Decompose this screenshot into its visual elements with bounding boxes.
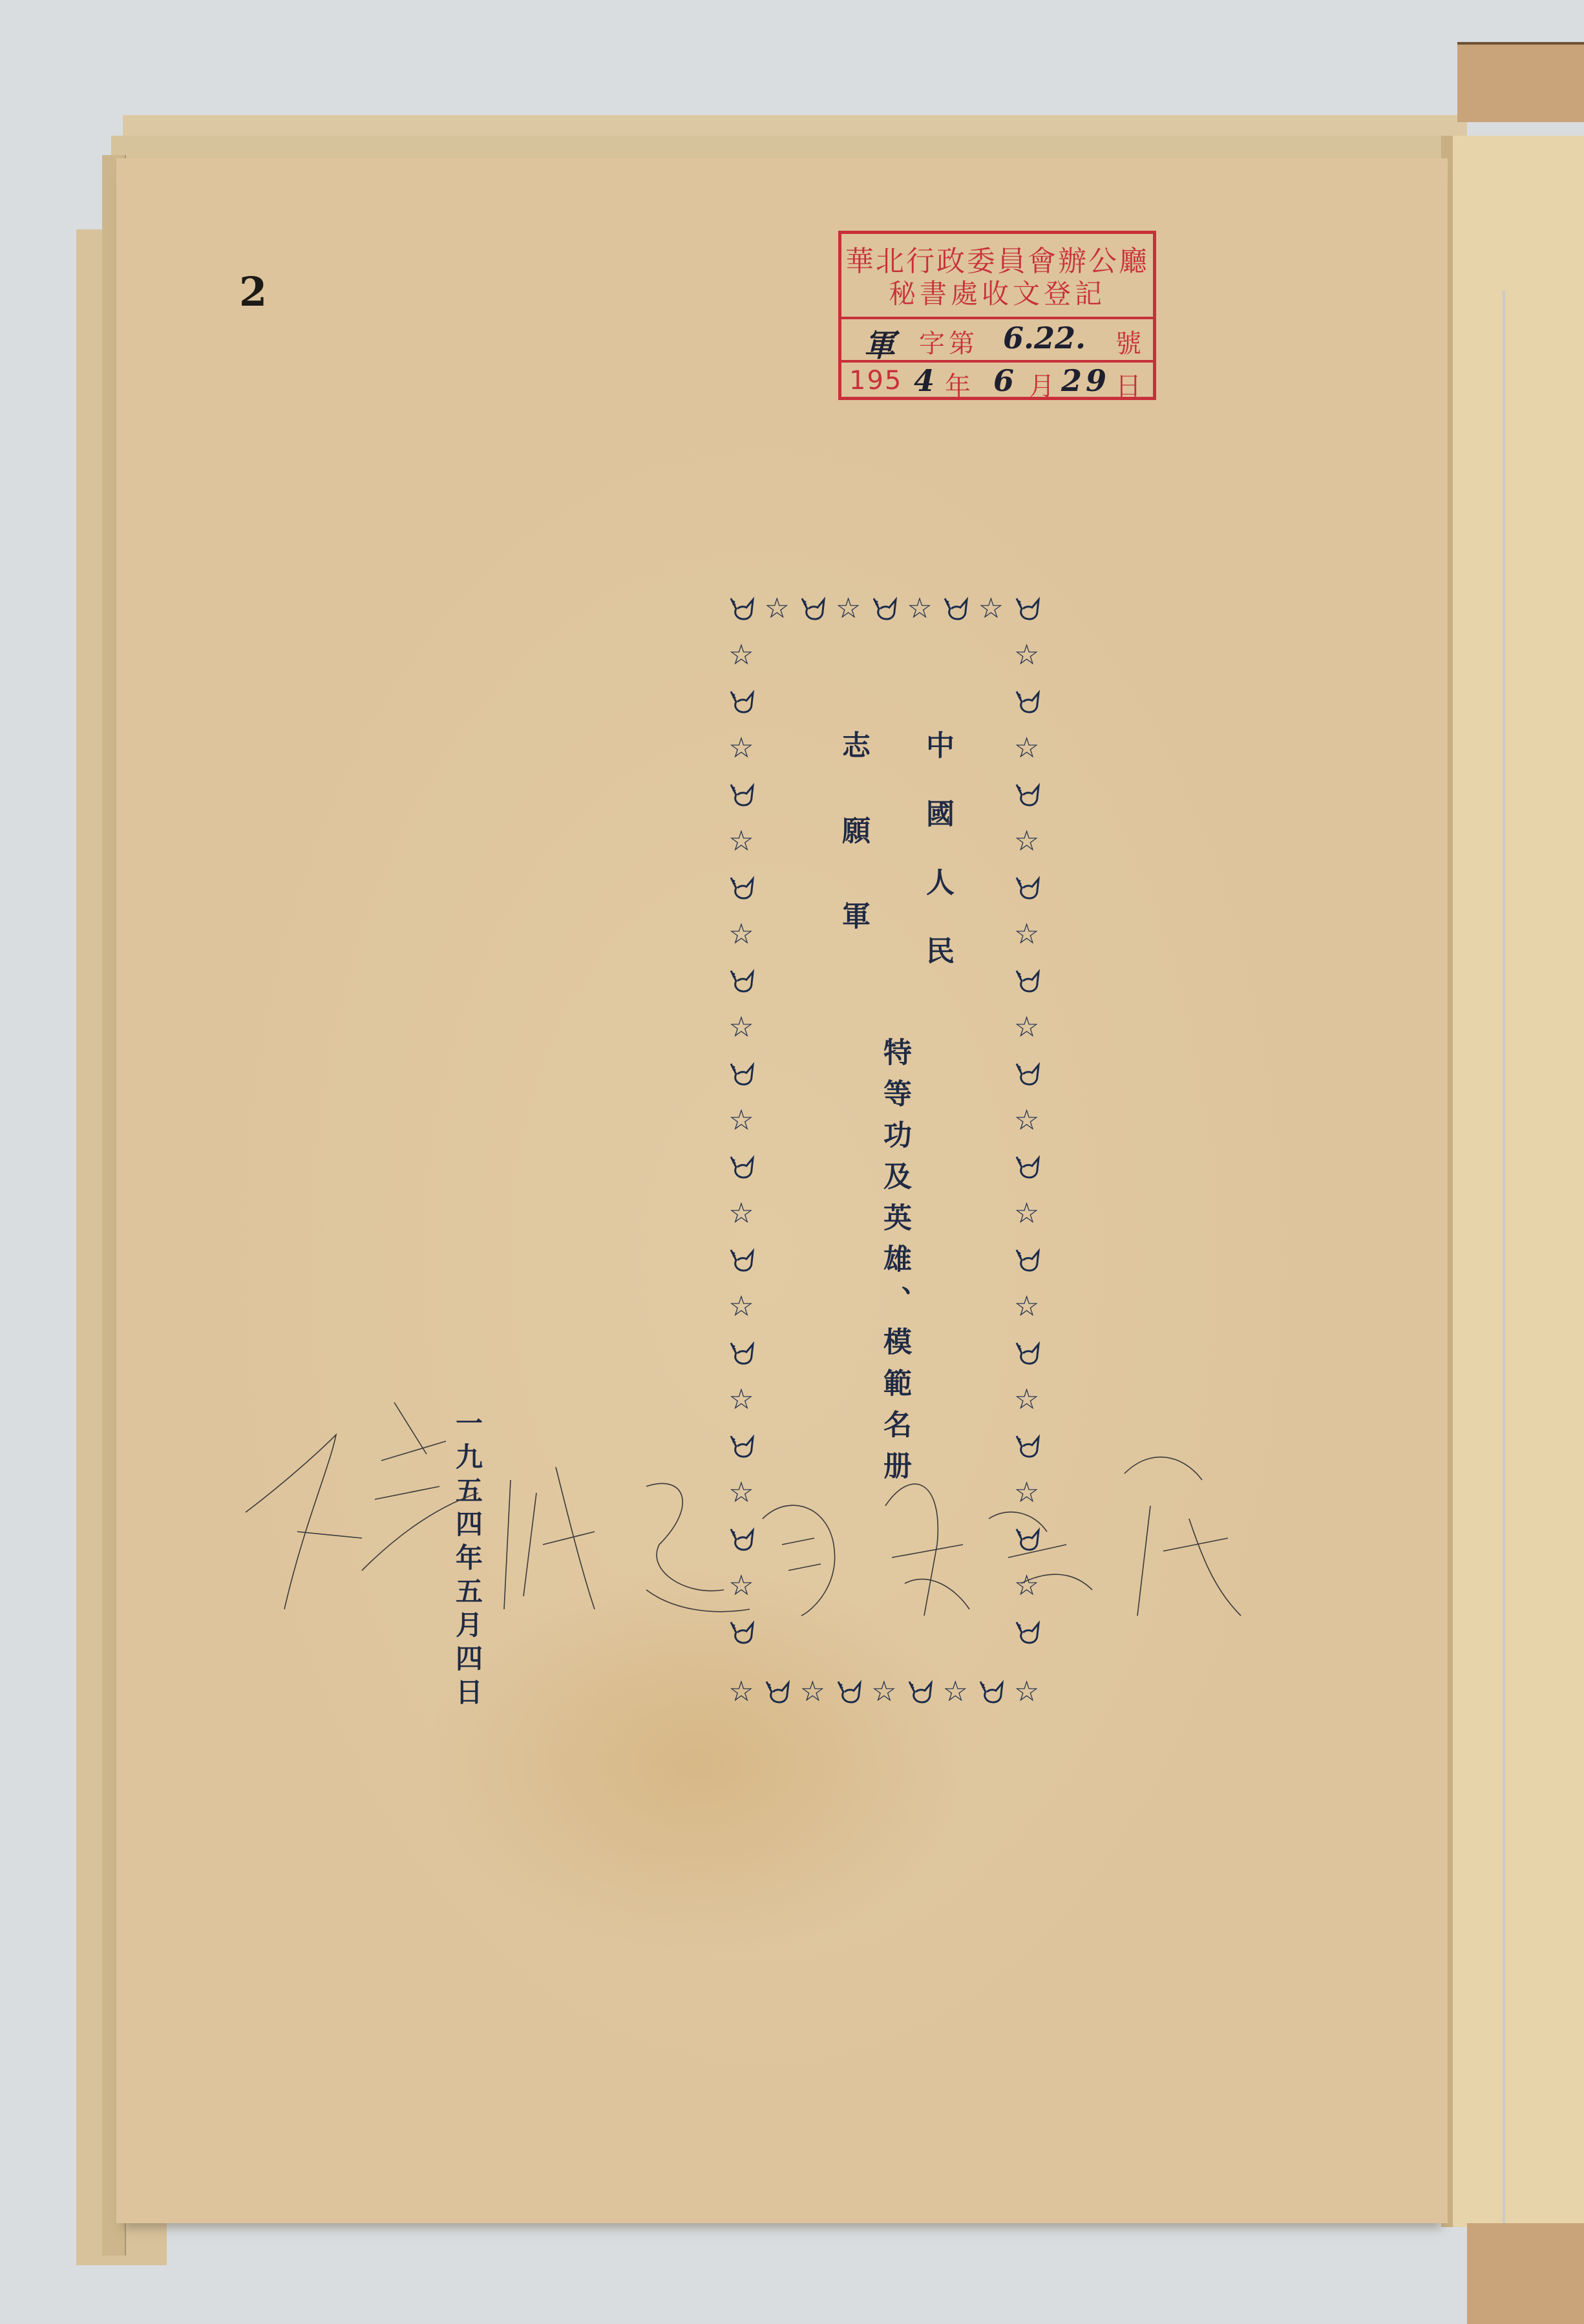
stamp-number: 6.22. <box>1003 321 1086 355</box>
dove-icon <box>1013 1339 1041 1368</box>
dove-icon <box>1013 1153 1041 1181</box>
dove-icon <box>763 1678 791 1706</box>
star-icon: ☆ <box>727 1013 755 1042</box>
stamp-prefix: 軍 <box>864 321 895 365</box>
dove-icon <box>727 1339 755 1368</box>
star-icon: ☆ <box>870 1678 898 1706</box>
dove-icon <box>977 1678 1005 1706</box>
star-icon: ☆ <box>798 1678 827 1706</box>
star-icon: ☆ <box>905 595 934 623</box>
star-icon: ☆ <box>1013 734 1041 763</box>
stamp-month-handwritten: 6 <box>993 363 1014 398</box>
dove-icon <box>1013 874 1041 902</box>
stamp-number-row: 軍 字第 6.22. 號 <box>841 321 1153 358</box>
page-stack-edge <box>111 136 1449 160</box>
stamp-divider <box>841 317 1153 319</box>
star-icon: ☆ <box>727 1106 755 1135</box>
dove-icon <box>727 1060 755 1088</box>
star-icon: ☆ <box>727 827 755 856</box>
stamp-year-handwritten: 4 <box>914 363 935 398</box>
star-icon: ☆ <box>1013 1106 1041 1135</box>
stamp-divider <box>841 360 1153 363</box>
dove-icon <box>727 688 755 716</box>
star-icon: ☆ <box>727 920 755 949</box>
stamp-zi-di-label: 字第 <box>919 323 978 360</box>
facing-page <box>1441 136 1584 2227</box>
dove-icon <box>1013 1246 1041 1274</box>
dove-icon <box>1013 1060 1041 1088</box>
star-icon: ☆ <box>941 1678 969 1706</box>
star-icon: ☆ <box>1013 920 1041 949</box>
stamp-year-printed: 195 <box>849 366 902 396</box>
dove-icon <box>905 1678 934 1706</box>
dove-icon <box>1013 781 1041 809</box>
star-icon: ☆ <box>727 734 755 763</box>
star-icon: ☆ <box>727 1293 755 1321</box>
title-line-1: 中國人民 <box>916 730 958 1004</box>
dove-icon <box>870 595 898 623</box>
dove-icon <box>727 781 755 809</box>
dove-icon <box>727 967 755 995</box>
dove-icon <box>1013 595 1041 623</box>
star-icon: ☆ <box>834 595 863 623</box>
cardboard-tab <box>1467 2223 1584 2324</box>
dove-icon <box>798 595 827 623</box>
dove-icon <box>1013 967 1041 995</box>
star-icon: ☆ <box>1013 1199 1041 1228</box>
star-icon: ☆ <box>727 1678 755 1706</box>
star-icon: ☆ <box>1013 827 1041 856</box>
dove-icon <box>834 1678 863 1706</box>
star-icon: ☆ <box>1013 1293 1041 1321</box>
receipt-stamp: 華北行政委員會辦公廳 秘書處收文登記 軍 字第 6.22. 號 195 4 年 … <box>838 231 1156 400</box>
dove-icon <box>727 1153 755 1181</box>
calligraphy-watermark <box>233 1377 1331 1635</box>
stamp-hao-label: 號 <box>1115 323 1141 360</box>
page-number: 2 <box>239 268 267 315</box>
dove-icon <box>1013 688 1041 716</box>
stamp-month-label: 月 <box>1029 366 1055 403</box>
title-line-2: 志願軍 <box>832 730 874 986</box>
stamp-year-label: 年 <box>945 366 971 403</box>
stamp-day-handwritten: 29 <box>1061 363 1110 398</box>
star-icon: ☆ <box>727 641 755 670</box>
stamp-department: 秘書處收文登記 <box>841 273 1153 312</box>
dove-icon <box>941 595 969 623</box>
star-icon: ☆ <box>763 595 791 623</box>
star-icon: ☆ <box>1013 1013 1041 1042</box>
dove-icon <box>727 874 755 902</box>
facing-page-ruled-line <box>1503 291 1505 2230</box>
star-icon: ☆ <box>1013 1678 1041 1706</box>
star-icon: ☆ <box>1013 641 1041 670</box>
stamp-day-label: 日 <box>1115 366 1141 403</box>
dove-icon <box>727 1246 755 1274</box>
dove-icon <box>727 595 755 623</box>
star-icon: ☆ <box>977 595 1005 623</box>
stamp-date-row: 195 4 年 6 月 29 日 <box>841 363 1153 401</box>
cardboard-tab <box>1457 42 1584 122</box>
star-icon: ☆ <box>727 1199 755 1228</box>
